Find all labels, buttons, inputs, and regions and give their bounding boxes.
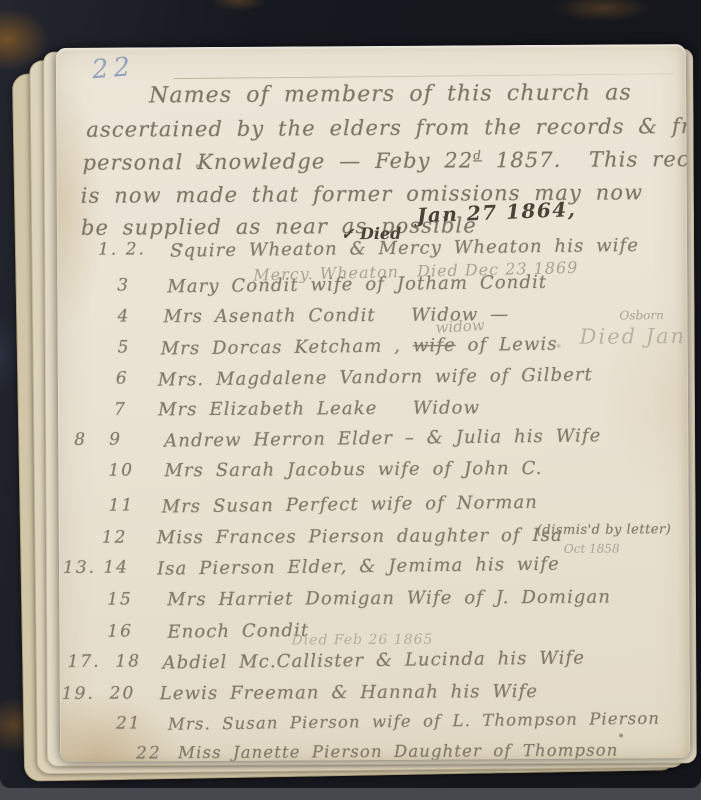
row-number: 16 [107, 621, 133, 641]
row-text: Mrs Sarah Jacobus wife of John C. [164, 458, 542, 481]
row-number: 8 9 [74, 430, 122, 450]
row-text: Lewis Freeman & Hannah his Wife [160, 681, 538, 704]
inserted-death-date: Jan 27 1864, [416, 197, 576, 228]
header-line-3: personal Knowledge — Feby 22d 1857. This… [82, 147, 690, 175]
row-text: Miss Janette Pierson Daughter of Thompso… [178, 741, 618, 762]
manuscript-page: 22 Names of members of this church as as… [56, 44, 690, 762]
book-photo: 22 Names of members of this church as as… [0, 0, 701, 800]
row-text: Abdiel Mc.Callister & Lucinda his Wife [162, 647, 585, 673]
row-number: 15 [107, 589, 133, 609]
row-text: Enoch Condit [167, 620, 309, 643]
header-line-3-post: 1857. This record [482, 147, 690, 173]
row-text: Mrs. Susan Pierson wife of L. Thompson P… [168, 709, 660, 734]
pencil-note-died-feb: Died Feb 26 1865 [291, 632, 433, 649]
row-text: Miss Frances Pierson daughter of Isa [157, 525, 563, 548]
row-text-post: of Lewis [456, 334, 558, 356]
pencil-note-widow: widow [435, 316, 485, 337]
row-number: 21 [116, 713, 142, 733]
row-number: 12 [102, 528, 128, 548]
page-crease [174, 73, 674, 79]
row-number: 4 [117, 306, 130, 326]
row-text: Mrs Dorcas Ketcham , wife of Lewis [161, 334, 558, 360]
header-line-2: ascertained by the elders from the recor… [86, 114, 690, 142]
row-number: 5 [118, 337, 131, 357]
row-number: 3 [117, 275, 130, 295]
row-number: 13. 14 [63, 557, 129, 577]
pencil-note-osborn-died: Died Jan [580, 324, 687, 349]
row-text-struck-word: wife [413, 335, 456, 357]
row-text: Andrew Herron Elder – & Julia his Wife [164, 425, 601, 451]
pencil-note-osborn: Osborn [619, 308, 663, 322]
pencil-note-dismissed-date: Oct 1858 [564, 541, 620, 555]
row-number: 19. 20 [62, 683, 136, 703]
row-number: 10 [108, 460, 134, 480]
header-line-1: Names of members of this church as [149, 80, 632, 108]
row-text: Mary Condit wife of Jotham Condit [167, 272, 547, 298]
header-line-3-superscript: d [473, 148, 482, 162]
row-text: Mrs Susan Perfect wife of Norman [162, 492, 539, 518]
row-text: Mrs Elizabeth Leake Widow [158, 397, 480, 420]
page-number: 22 [91, 52, 136, 85]
row-text: Mrs. Magdalene Vandorn wife of Gilbert [158, 364, 593, 390]
row-number: 7 [114, 400, 127, 420]
foxing-spots [56, 48, 58, 50]
note-dismissed-by-letter: (dismis'd by letter) [537, 522, 672, 538]
header-line-3-pre: personal Knowledge — Feby 22 [82, 148, 473, 174]
row-number: 22 [136, 743, 162, 762]
row-text-pre: Mrs Dorcas Ketcham , [161, 335, 413, 359]
row-number: 6 [116, 368, 129, 388]
row-text: Mrs Harriet Domigan Wife of J. Domigan [167, 587, 611, 611]
row-number: 1. 2. [98, 239, 146, 259]
row-number: 11 [109, 495, 135, 515]
row-number: 17. 18 [68, 651, 142, 671]
row-text: Isa Pierson Elder, & Jemima his wife [157, 554, 560, 580]
